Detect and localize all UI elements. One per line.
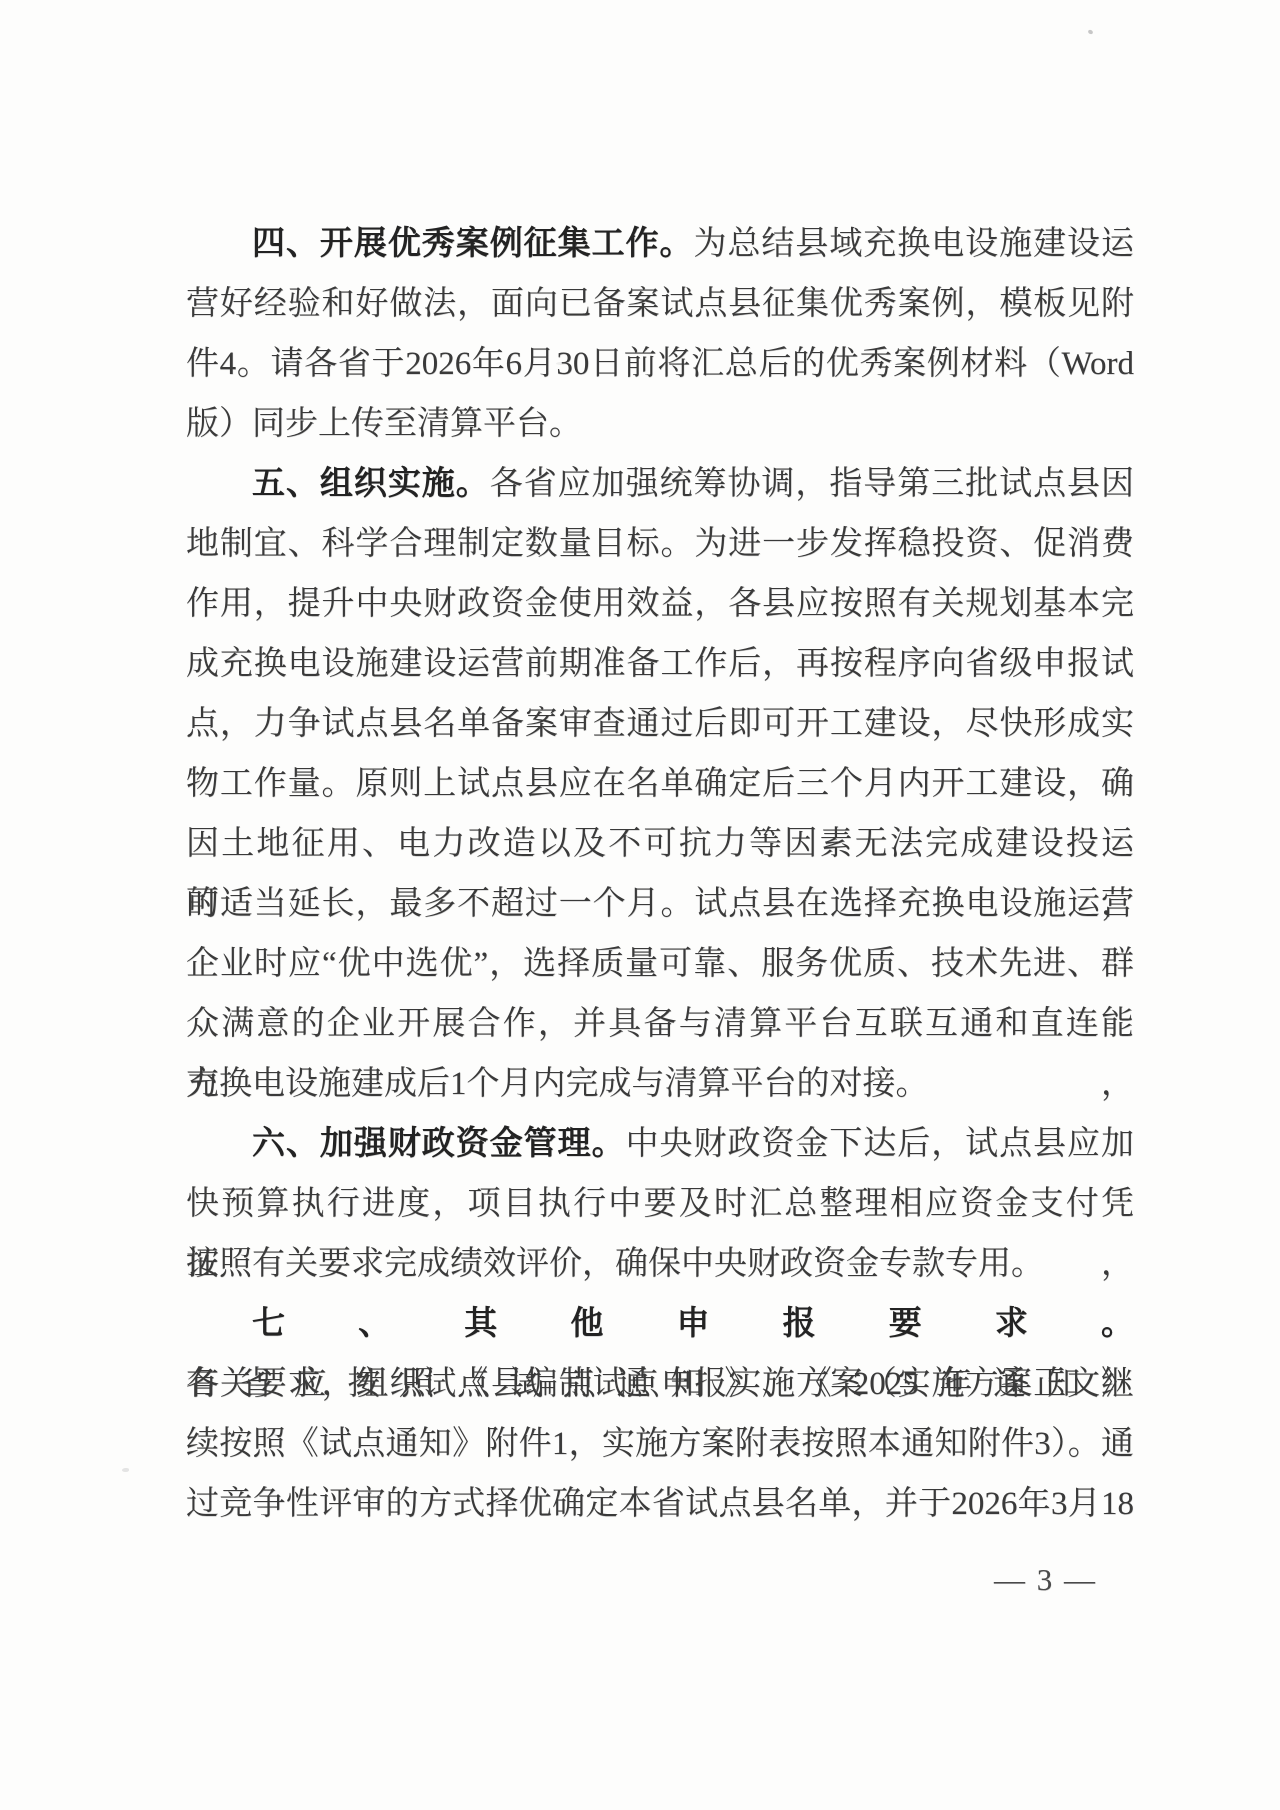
body-text: 可适当延长，最多不超过一个月。试点县在选择充换电设施运营: [186, 886, 1134, 922]
body-text: 中央财政资金下达后，试点县应加: [626, 1126, 1134, 1162]
body-text: 企业时应“优中选优”，选择质量可靠、服务优质、技术先进、群: [186, 946, 1134, 982]
body-text: 有关要求，组织试点县编制试点申报实施方案（实施方案正文继: [186, 1366, 1134, 1402]
text-line: 快预算执行进度，项目执行中要及时汇总整理相应资金支付凭证，: [186, 1174, 1134, 1234]
body-text: 营好经验和好做法，面向已备案试点县征集优秀案例，模板见附: [186, 286, 1134, 322]
text-line: 四、开展优秀案例征集工作。为总结县域充换电设施建设运: [186, 214, 1134, 274]
text-line: 众满意的企业开展合作，并具备与清算平台互联互通和直连能力，: [186, 994, 1134, 1054]
scan-speck: [1087, 29, 1093, 35]
section-heading: 四、开展优秀案例征集工作。: [252, 226, 693, 262]
paragraph-section-6: 六、加强财政资金管理。中央财政资金下达后，试点县应加快预算执行进度，项目执行中要…: [186, 1114, 1134, 1294]
paragraph-section-4: 四、开展优秀案例征集工作。为总结县域充换电设施建设运营好经验和好做法，面向已备案…: [186, 214, 1134, 454]
text-line: 版）同步上传至清算平台。: [186, 394, 1134, 454]
text-line: 有关要求，组织试点县编制试点申报实施方案（实施方案正文继: [186, 1354, 1134, 1414]
body-text: 成充换电设施建设运营前期准备工作后，再按程序向省级申报试: [186, 646, 1134, 682]
text-line: 五、组织实施。各省应加强统筹协调，指导第三批试点县因: [186, 454, 1134, 514]
text-line: 件4。请各省于2026年6月30日前将汇总后的优秀案例材料（Word: [186, 334, 1134, 394]
text-line: 成充换电设施建设运营前期准备工作后，再按程序向省级申报试: [186, 634, 1134, 694]
text-line: 作用，提升中央财政资金使用效益，各县应按照有关规划基本完: [186, 574, 1134, 634]
scan-speck: [556, 362, 566, 365]
text-line: 六、加强财政资金管理。中央财政资金下达后，试点县应加: [186, 1114, 1134, 1174]
body-text: 按照有关要求完成绩效评价，确保中央财政资金专款专用。: [186, 1246, 1044, 1282]
page-number: — 3 —: [994, 1560, 1097, 1600]
text-line: 企业时应“优中选优”，选择质量可靠、服务优质、技术先进、群: [186, 934, 1134, 994]
body-text: 件4。请各省于2026年6月30日前将汇总后的优秀案例材料（Word: [186, 346, 1134, 382]
body-text: 充换电设施建成后1个月内完成与清算平台的对接。: [186, 1066, 929, 1102]
body-text: 续按照《试点通知》附件1，实施方案附表按照本通知附件3）。通: [186, 1426, 1134, 1462]
document-body: 四、开展优秀案例征集工作。为总结县域充换电设施建设运营好经验和好做法，面向已备案…: [186, 214, 1134, 1534]
body-text: 版）同步上传至清算平台。: [186, 406, 582, 442]
text-line: 物工作量。原则上试点县应在名单确定后三个月内开工建设，确: [186, 754, 1134, 814]
body-text: 为总结县域充换电设施建设运: [693, 226, 1134, 262]
text-line: 地制宜、科学合理制定数量目标。为进一步发挥稳投资、促消费: [186, 514, 1134, 574]
body-text: 过竞争性评审的方式择优确定本省试点县名单，并于2026年3月18: [186, 1486, 1134, 1522]
scanned-document-page: 四、开展优秀案例征集工作。为总结县域充换电设施建设运营好经验和好做法，面向已备案…: [0, 0, 1280, 1810]
scan-speck: [122, 1468, 129, 1472]
text-line: 按照有关要求完成绩效评价，确保中央财政资金专款专用。: [186, 1234, 1134, 1294]
body-text: 点，力争试点县名单备案审查通过后即可开工建设，尽快形成实: [186, 706, 1134, 742]
paragraph-section-7: 七、其他申报要求。各省应按照《试点通知》、《2025年通知》有关要求，组织试点县…: [186, 1294, 1134, 1534]
text-line: 因土地征用、电力改造以及不可抗力等因素无法完成建设投运的，: [186, 814, 1134, 874]
body-text: 各省应加强统筹协调，指导第三批试点县因: [490, 466, 1134, 502]
text-line: 续按照《试点通知》附件1，实施方案附表按照本通知附件3）。通: [186, 1414, 1134, 1474]
text-line: 七、其他申报要求。各省应按照《试点通知》、《2025年通知》: [186, 1294, 1134, 1354]
body-text: 作用，提升中央财政资金使用效益，各县应按照有关规划基本完: [186, 586, 1134, 622]
text-line: 过竞争性评审的方式择优确定本省试点县名单，并于2026年3月18: [186, 1474, 1134, 1534]
section-heading: 六、加强财政资金管理。: [252, 1126, 626, 1162]
section-heading: 七、其他申报要求。: [252, 1306, 1134, 1342]
text-line: 点，力争试点县名单备案审查通过后即可开工建设，尽快形成实: [186, 694, 1134, 754]
body-text: 地制宜、科学合理制定数量目标。为进一步发挥稳投资、促消费: [186, 526, 1134, 562]
body-text: 物工作量。原则上试点县应在名单确定后三个月内开工建设，确: [186, 766, 1134, 802]
section-heading: 五、组织实施。: [252, 466, 490, 502]
text-line: 营好经验和好做法，面向已备案试点县征集优秀案例，模板见附: [186, 274, 1134, 334]
text-line: 可适当延长，最多不超过一个月。试点县在选择充换电设施运营: [186, 874, 1134, 934]
paragraph-section-5: 五、组织实施。各省应加强统筹协调，指导第三批试点县因地制宜、科学合理制定数量目标…: [186, 454, 1134, 1114]
